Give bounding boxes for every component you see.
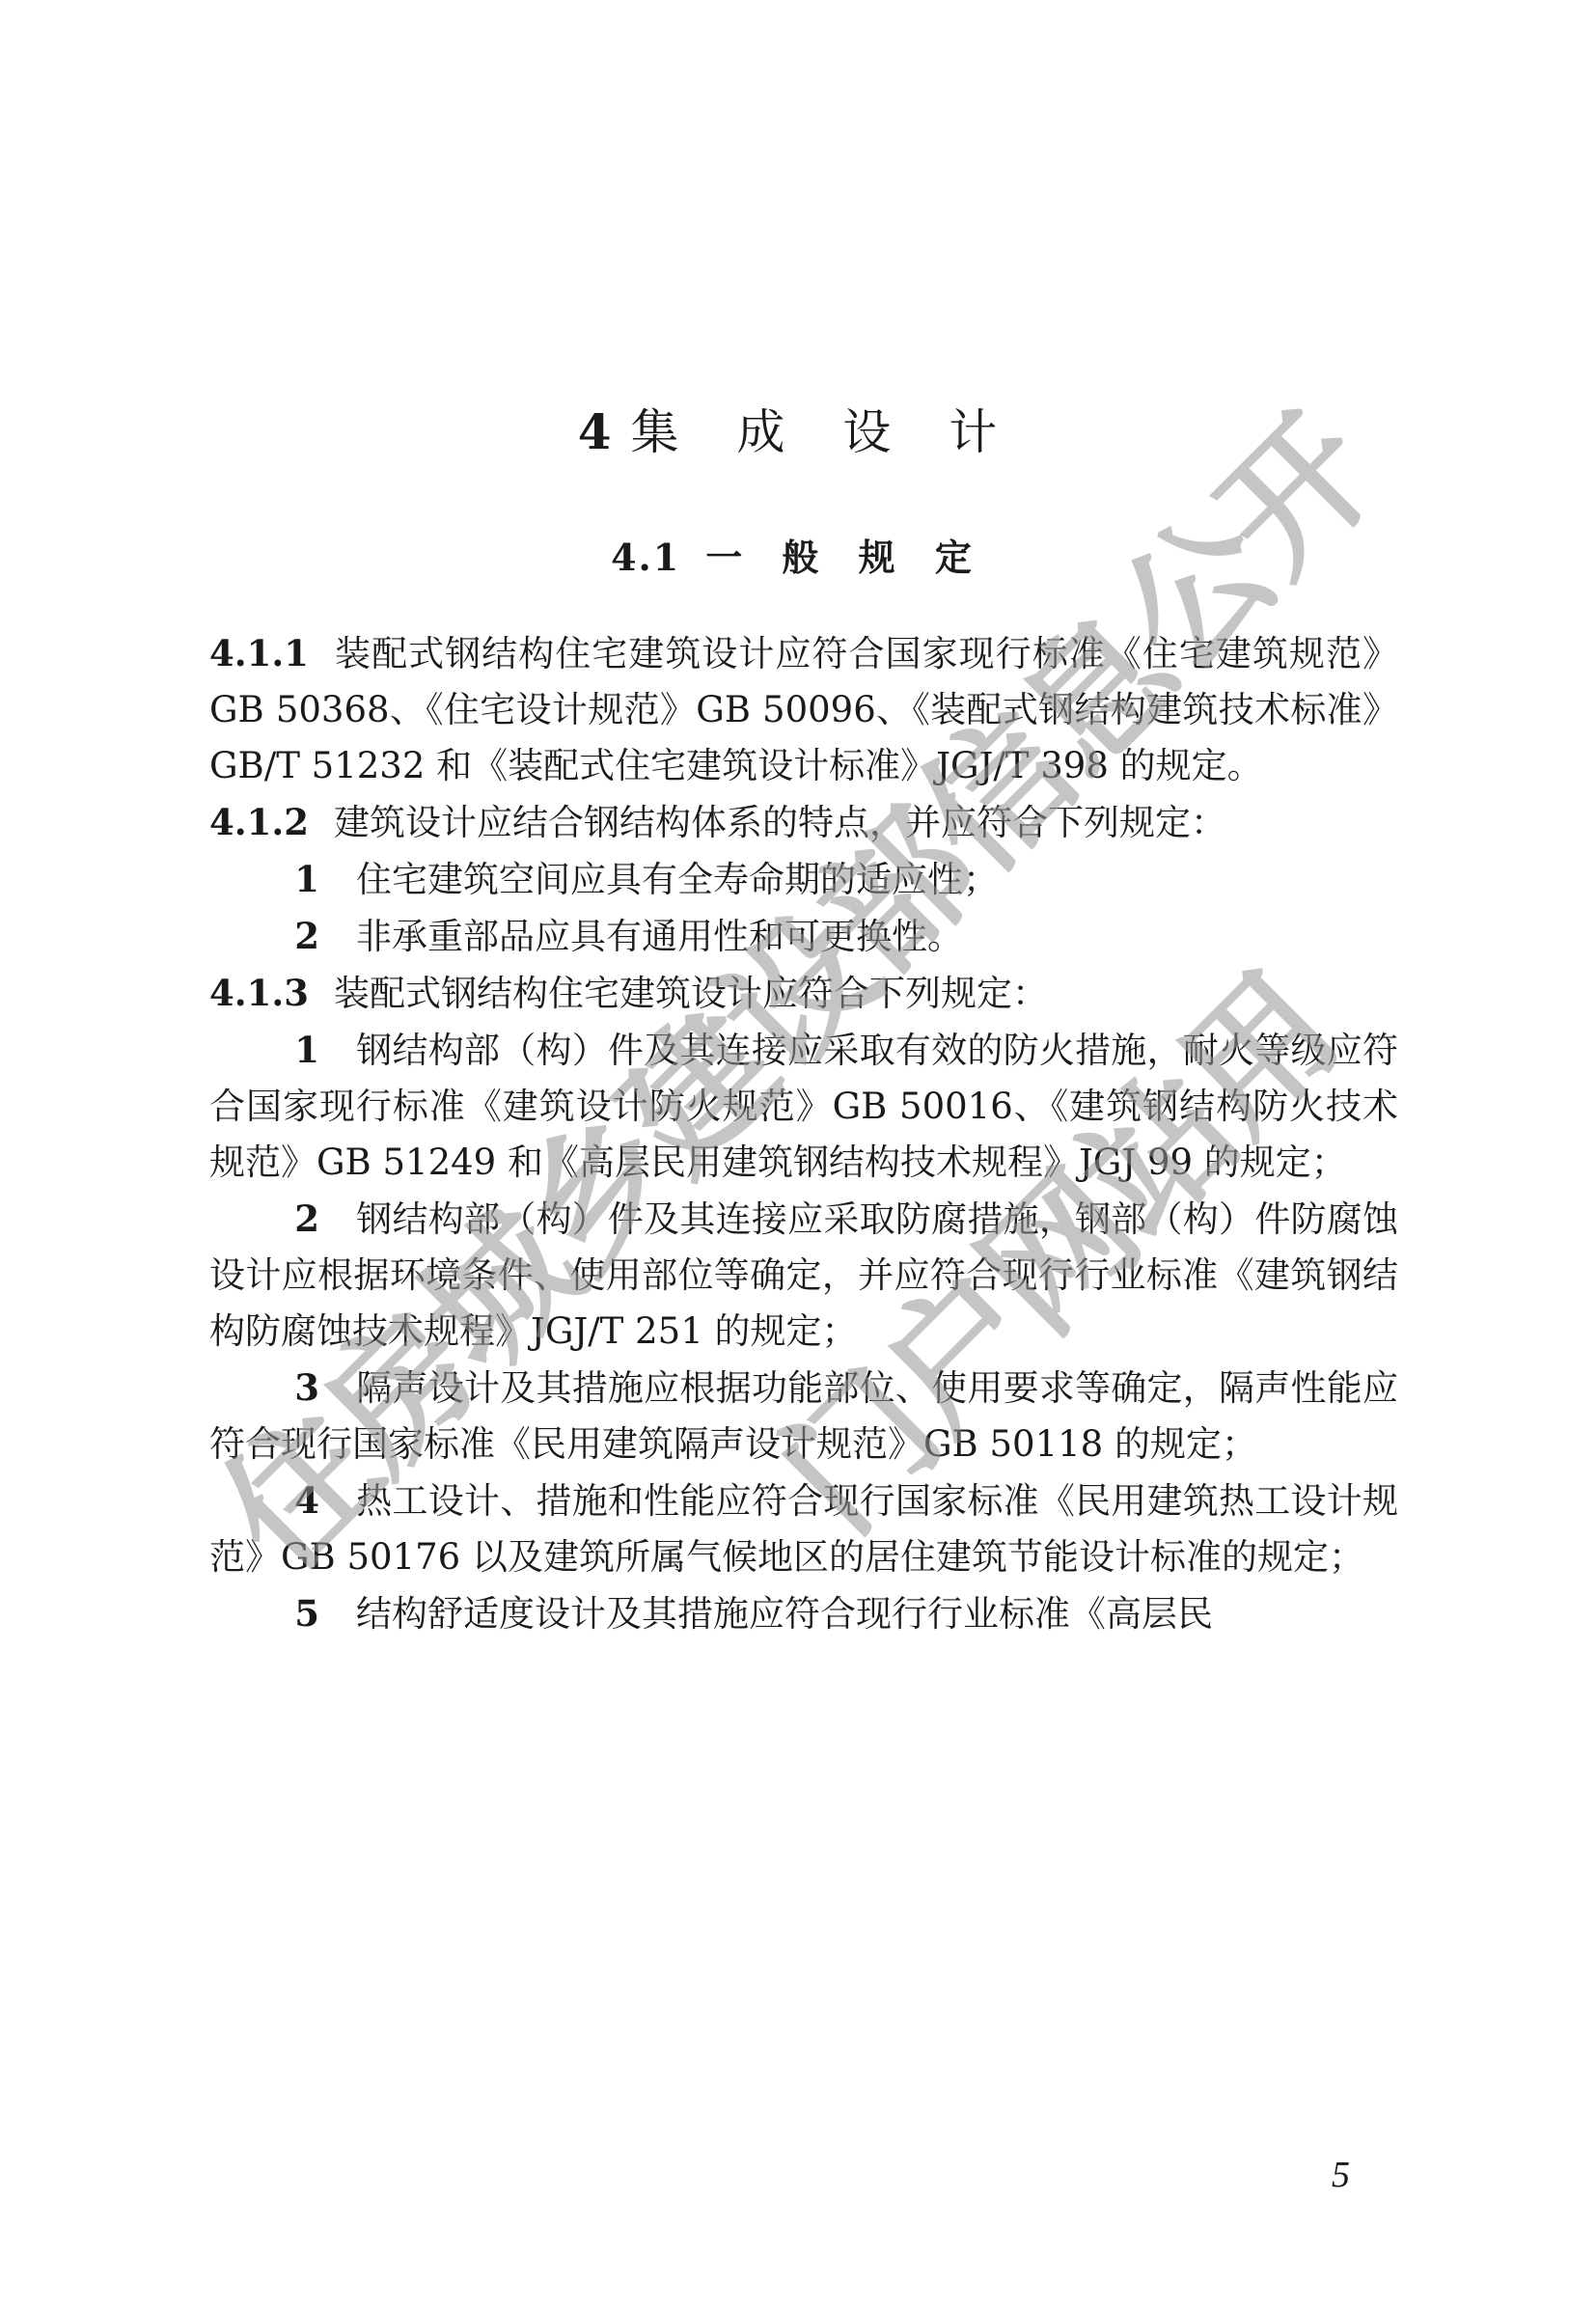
item-number: 5 bbox=[209, 1585, 356, 1641]
page-number: 5 bbox=[1332, 2154, 1350, 2196]
list-item: 2钢结构部（构）件及其连接应采取防腐措施，钢部（构）件防腐蚀设计应根据环境条件、… bbox=[209, 1191, 1398, 1360]
clause-number: 4.1.1 bbox=[209, 632, 309, 674]
list-item: 2非承重部品应具有通用性和可更换性。 bbox=[209, 908, 1398, 965]
item-text: 住宅建筑空间应具有全寿命期的适应性； bbox=[356, 859, 999, 900]
item-number: 2 bbox=[209, 908, 356, 964]
item-text: 热工设计、措施和性能应符合现行国家标准《民用建筑热工设计规范》GB 50176 … bbox=[209, 1480, 1398, 1578]
clause-4-1-3: 4.1.3装配式钢结构住宅建筑设计应符合下列规定： bbox=[209, 965, 1398, 1022]
clause-number: 4.1.3 bbox=[209, 972, 309, 1014]
item-text: 结构舒适度设计及其措施应符合现行行业标准《高层民 bbox=[356, 1593, 1213, 1635]
list-item: 3隔声设计及其措施应根据功能部位、使用要求等确定，隔声性能应符合现行国家标准《民… bbox=[209, 1360, 1398, 1472]
clause-4-1-1: 4.1.1装配式钢结构住宅建筑设计应符合国家现行标准《住宅建筑规范》GB 503… bbox=[209, 625, 1398, 794]
clause-text: 建筑设计应结合钢结构体系的特点，并应符合下列规定： bbox=[334, 802, 1226, 843]
list-item: 4热工设计、措施和性能应符合现行国家标准《民用建筑热工设计规范》GB 50176… bbox=[209, 1472, 1398, 1585]
section-number: 4.1 bbox=[611, 536, 680, 579]
item-number: 1 bbox=[209, 851, 356, 907]
item-text: 钢结构部（构）件及其连接应采取有效的防火措施，耐火等级应符合国家现行标准《建筑设… bbox=[209, 1030, 1398, 1183]
document-page: 4集 成 设 计 4.1一 般 规 定 4.1.1装配式钢结构住宅建筑设计应符合… bbox=[0, 0, 1596, 2311]
item-number: 1 bbox=[209, 1022, 356, 1078]
list-item: 1钢结构部（构）件及其连接应采取有效的防火措施，耐火等级应符合国家现行标准《建筑… bbox=[209, 1022, 1398, 1191]
clause-number: 4.1.2 bbox=[209, 801, 309, 843]
clause-4-1-2: 4.1.2建筑设计应结合钢结构体系的特点，并应符合下列规定： bbox=[209, 794, 1398, 851]
list-item: 1住宅建筑空间应具有全寿命期的适应性； bbox=[209, 851, 1398, 908]
chapter-number: 4 bbox=[578, 403, 612, 460]
clause-text: 装配式钢结构住宅建筑设计应符合下列规定： bbox=[334, 973, 1048, 1014]
item-number: 3 bbox=[209, 1360, 356, 1416]
list-item: 5结构舒适度设计及其措施应符合现行行业标准《高层民 bbox=[209, 1585, 1398, 1642]
item-number: 2 bbox=[209, 1191, 356, 1247]
chapter-title-text: 集 成 设 计 bbox=[631, 404, 1019, 460]
item-text: 钢结构部（构）件及其连接应采取防腐措施，钢部（构）件防腐蚀设计应根据环境条件、使… bbox=[209, 1198, 1398, 1352]
item-text: 非承重部品应具有通用性和可更换性。 bbox=[356, 916, 963, 957]
item-number: 4 bbox=[209, 1472, 356, 1528]
section-title: 4.1一 般 规 定 bbox=[0, 534, 1596, 582]
chapter-title: 4集 成 设 计 bbox=[0, 403, 1596, 461]
clause-text: 装配式钢结构住宅建筑设计应符合国家现行标准《住宅建筑规范》GB 50368、《住… bbox=[209, 633, 1398, 786]
body-text: 4.1.1装配式钢结构住宅建筑设计应符合国家现行标准《住宅建筑规范》GB 503… bbox=[209, 625, 1398, 1642]
section-title-text: 一 般 规 定 bbox=[705, 536, 985, 579]
item-text: 隔声设计及其措施应根据功能部位、使用要求等确定，隔声性能应符合现行国家标准《民用… bbox=[209, 1367, 1398, 1465]
